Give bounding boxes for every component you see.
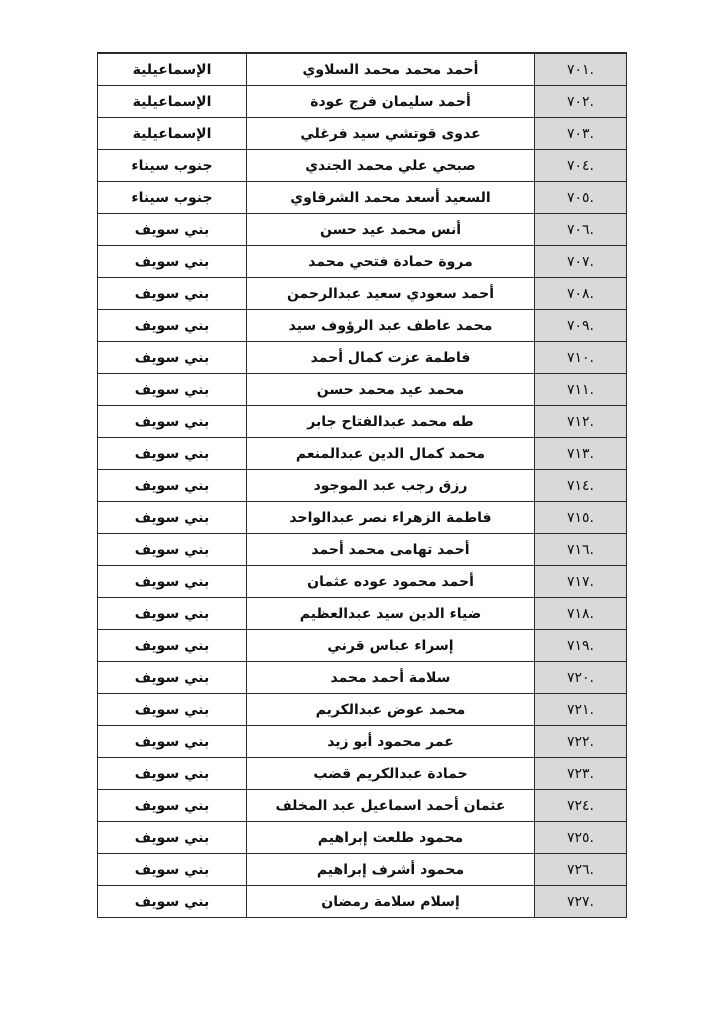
name-cell: ضياء الدين سيد عبدالعظيم <box>247 598 535 630</box>
serial-number-cell: .٧١٣ <box>535 438 627 470</box>
table-row: بني سويفأنس محمد عيد حسن.٧٠٦ <box>98 214 627 246</box>
name-cell: فاطمة الزهراء نصر عبدالواحد <box>247 502 535 534</box>
table-row: بني سويفإسلام سلامة رمضان.٧٢٧ <box>98 886 627 918</box>
governorate-cell: بني سويف <box>98 502 247 534</box>
name-cell: محمود أشرف إبراهيم <box>247 854 535 886</box>
table-row: جنوب سيناءالسعيد أسعد محمد الشرقاوي.٧٠٥ <box>98 182 627 214</box>
roster-table: الإسماعيليةأحمد محمد محمد السلاوي.٧٠١الإ… <box>97 52 627 918</box>
governorate-cell: بني سويف <box>98 662 247 694</box>
governorate-cell: بني سويف <box>98 758 247 790</box>
governorate-cell: بني سويف <box>98 342 247 374</box>
serial-number-cell: .٧١٢ <box>535 406 627 438</box>
name-cell: سلامة أحمد محمد <box>247 662 535 694</box>
name-cell: أنس محمد عيد حسن <box>247 214 535 246</box>
table-row: بني سويفمحمد عاطف عبد الرؤوف سيد.٧٠٩ <box>98 310 627 342</box>
serial-number-cell: .٧٢٢ <box>535 726 627 758</box>
serial-number-cell: .٧٢٠ <box>535 662 627 694</box>
name-cell: محمد عيد محمد حسن <box>247 374 535 406</box>
table-row: الإسماعيليةأحمد سليمان فرج عودة.٧٠٢ <box>98 86 627 118</box>
name-cell: عثمان أحمد اسماعيل عبد المخلف <box>247 790 535 822</box>
governorate-cell: بني سويف <box>98 598 247 630</box>
serial-number-cell: .٧٠٨ <box>535 278 627 310</box>
table-row: بني سويفسلامة أحمد محمد.٧٢٠ <box>98 662 627 694</box>
table-row: بني سويفرزق رجب عبد الموجود.٧١٤ <box>98 470 627 502</box>
roster-table-body: الإسماعيليةأحمد محمد محمد السلاوي.٧٠١الإ… <box>98 53 627 918</box>
name-cell: محمود طلعت إبراهيم <box>247 822 535 854</box>
serial-number-cell: .٧١١ <box>535 374 627 406</box>
table-row: بني سويفعمر محمود أبو زيد.٧٢٢ <box>98 726 627 758</box>
governorate-cell: بني سويف <box>98 278 247 310</box>
serial-number-cell: .٧١٠ <box>535 342 627 374</box>
serial-number-cell: .٧٢٥ <box>535 822 627 854</box>
name-cell: فاطمة عزت كمال أحمد <box>247 342 535 374</box>
governorate-cell: بني سويف <box>98 694 247 726</box>
table-row: الإسماعيليةأحمد محمد محمد السلاوي.٧٠١ <box>98 53 627 86</box>
serial-number-cell: .٧٠٢ <box>535 86 627 118</box>
table-row: بني سويفأحمد محمود عوده عثمان.٧١٧ <box>98 566 627 598</box>
serial-number-cell: .٧١٤ <box>535 470 627 502</box>
name-cell: عدوى قوتشي سيد فرغلي <box>247 118 535 150</box>
governorate-cell: بني سويف <box>98 534 247 566</box>
table-row: بني سويفمحمد عيد محمد حسن.٧١١ <box>98 374 627 406</box>
serial-number-cell: .٧٠٦ <box>535 214 627 246</box>
serial-number-cell: .٧١٩ <box>535 630 627 662</box>
table-row: بني سويفمروة حمادة فتحي محمد.٧٠٧ <box>98 246 627 278</box>
name-cell: محمد عوض عبدالكريم <box>247 694 535 726</box>
serial-number-cell: .٧٠٥ <box>535 182 627 214</box>
governorate-cell: بني سويف <box>98 630 247 662</box>
table-row: بني سويفأحمد سعودي سعيد عبدالرحمن.٧٠٨ <box>98 278 627 310</box>
serial-number-cell: .٧١٦ <box>535 534 627 566</box>
serial-number-cell: .٧٠٩ <box>535 310 627 342</box>
governorate-cell: بني سويف <box>98 438 247 470</box>
serial-number-cell: .٧٠٧ <box>535 246 627 278</box>
governorate-cell: جنوب سيناء <box>98 182 247 214</box>
governorate-cell: بني سويف <box>98 374 247 406</box>
governorate-cell: جنوب سيناء <box>98 150 247 182</box>
governorate-cell: بني سويف <box>98 470 247 502</box>
table-row: بني سويفمحمد عوض عبدالكريم.٧٢١ <box>98 694 627 726</box>
governorate-cell: الإسماعيلية <box>98 86 247 118</box>
table-row: بني سويفمحمود أشرف إبراهيم.٧٢٦ <box>98 854 627 886</box>
table-row: بني سويفإسراء عباس قرني.٧١٩ <box>98 630 627 662</box>
serial-number-cell: .٧٢٣ <box>535 758 627 790</box>
table-row: بني سويففاطمة عزت كمال أحمد.٧١٠ <box>98 342 627 374</box>
governorate-cell: بني سويف <box>98 566 247 598</box>
name-cell: أحمد سعودي سعيد عبدالرحمن <box>247 278 535 310</box>
table-row: بني سويفحمادة عبدالكريم قضب.٧٢٣ <box>98 758 627 790</box>
serial-number-cell: .٧٠٣ <box>535 118 627 150</box>
name-cell: أحمد محمود عوده عثمان <box>247 566 535 598</box>
table-row: بني سويفمحمود طلعت إبراهيم.٧٢٥ <box>98 822 627 854</box>
name-cell: حمادة عبدالكريم قضب <box>247 758 535 790</box>
governorate-cell: بني سويف <box>98 822 247 854</box>
serial-number-cell: .٧٢٤ <box>535 790 627 822</box>
name-cell: مروة حمادة فتحي محمد <box>247 246 535 278</box>
table-row: بني سويففاطمة الزهراء نصر عبدالواحد.٧١٥ <box>98 502 627 534</box>
table-row: بني سويفعثمان أحمد اسماعيل عبد المخلف.٧٢… <box>98 790 627 822</box>
governorate-cell: بني سويف <box>98 310 247 342</box>
name-cell: إسراء عباس قرني <box>247 630 535 662</box>
name-cell: إسلام سلامة رمضان <box>247 886 535 918</box>
serial-number-cell: .٧٢٧ <box>535 886 627 918</box>
table-row: بني سويفأحمد تهامى محمد أحمد.٧١٦ <box>98 534 627 566</box>
table-row: الإسماعيليةعدوى قوتشي سيد فرغلي.٧٠٣ <box>98 118 627 150</box>
serial-number-cell: .٧٢٦ <box>535 854 627 886</box>
name-cell: السعيد أسعد محمد الشرقاوي <box>247 182 535 214</box>
serial-number-cell: .٧١٨ <box>535 598 627 630</box>
serial-number-cell: .٧١٧ <box>535 566 627 598</box>
governorate-cell: بني سويف <box>98 854 247 886</box>
name-cell: عمر محمود أبو زيد <box>247 726 535 758</box>
name-cell: أحمد محمد محمد السلاوي <box>247 53 535 86</box>
table-row: بني سويفطه محمد عبدالفتاح جابر.٧١٢ <box>98 406 627 438</box>
name-cell: محمد عاطف عبد الرؤوف سيد <box>247 310 535 342</box>
table-row: بني سويفمحمد كمال الدين عبدالمنعم.٧١٣ <box>98 438 627 470</box>
name-cell: طه محمد عبدالفتاح جابر <box>247 406 535 438</box>
name-cell: محمد كمال الدين عبدالمنعم <box>247 438 535 470</box>
governorate-cell: بني سويف <box>98 214 247 246</box>
governorate-cell: بني سويف <box>98 246 247 278</box>
governorate-cell: بني سويف <box>98 790 247 822</box>
governorate-cell: بني سويف <box>98 726 247 758</box>
table-row: بني سويفضياء الدين سيد عبدالعظيم.٧١٨ <box>98 598 627 630</box>
serial-number-cell: .٧٢١ <box>535 694 627 726</box>
name-cell: صبحي علي محمد الجندي <box>247 150 535 182</box>
governorate-cell: الإسماعيلية <box>98 118 247 150</box>
serial-number-cell: .٧٠٤ <box>535 150 627 182</box>
governorate-cell: بني سويف <box>98 406 247 438</box>
name-cell: رزق رجب عبد الموجود <box>247 470 535 502</box>
name-cell: أحمد تهامى محمد أحمد <box>247 534 535 566</box>
governorate-cell: الإسماعيلية <box>98 53 247 86</box>
serial-number-cell: .٧١٥ <box>535 502 627 534</box>
name-cell: أحمد سليمان فرج عودة <box>247 86 535 118</box>
document-page: الإسماعيليةأحمد محمد محمد السلاوي.٧٠١الإ… <box>0 0 720 1018</box>
governorate-cell: بني سويف <box>98 886 247 918</box>
serial-number-cell: .٧٠١ <box>535 53 627 86</box>
table-row: جنوب سيناءصبحي علي محمد الجندي.٧٠٤ <box>98 150 627 182</box>
